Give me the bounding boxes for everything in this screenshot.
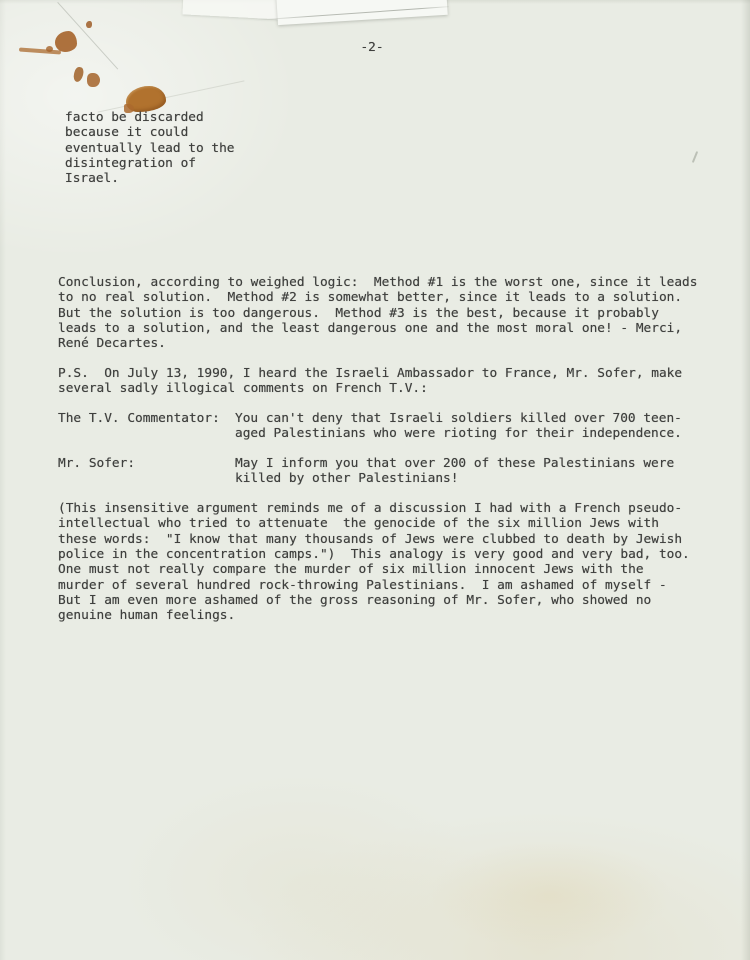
text-line: leads to a solution, and the least dange… <box>58 321 697 336</box>
text-line: intellectual who tried to attenuate the … <box>58 516 690 531</box>
text-line: You can't deny that Israeli soldiers kil… <box>235 411 682 426</box>
text-line: because it could <box>65 125 235 140</box>
text-line: murder of several hundred rock-throwing … <box>58 578 690 593</box>
speaker-label: The T.V. Commentator: <box>58 411 220 426</box>
text-line: facto be discarded <box>65 110 235 125</box>
page-number: -2- <box>0 40 744 55</box>
text-line: But the solution is too dangerous. Metho… <box>58 306 697 321</box>
text-line: these words: "I know that many thousands… <box>58 532 690 547</box>
tape-piece-left <box>182 0 285 20</box>
text-line: several sadly illogical comments on Fren… <box>58 381 682 396</box>
text-line: P.S. On July 13, 1990, I heard the Israe… <box>58 366 682 381</box>
text-line: killed by other Palestinians! <box>235 471 674 486</box>
text-line: aged Palestinians who were rioting for t… <box>235 426 682 441</box>
text-line: genuine human feelings. <box>58 608 690 623</box>
speaker-quote: May I inform you that over 200 of these … <box>235 456 674 487</box>
text-line: eventually lead to the <box>65 141 235 156</box>
text-line: to no real solution. Method #2 is somewh… <box>58 290 697 305</box>
text-line: (This insensitive argument reminds me of… <box>58 501 690 516</box>
parenthetical-paragraph: (This insensitive argument reminds me of… <box>58 501 690 624</box>
text-line: René Decartes. <box>58 336 697 351</box>
postscript-paragraph: P.S. On July 13, 1990, I heard the Israe… <box>58 366 682 397</box>
text-line: Israel. <box>65 171 235 186</box>
faint-bottom-stain <box>430 840 670 950</box>
text-line: police in the concentration camps.") Thi… <box>58 547 690 562</box>
pen-slash-mark <box>692 151 698 163</box>
text-line: One must not really compare the murder o… <box>58 562 690 577</box>
rust-stain-dot <box>86 21 92 28</box>
rust-stain-drip <box>87 73 100 87</box>
document-page: -2- facto be discardedbecause it couldev… <box>0 0 750 960</box>
text-line: Conclusion, according to weighed logic: … <box>58 275 697 290</box>
scanned-document: { "page": { "number": "-2-" }, "fragment… <box>0 0 750 960</box>
carryover-text-fragment: facto be discardedbecause it couldeventu… <box>65 110 235 187</box>
text-line: disintegration of <box>65 156 235 171</box>
speaker-quote: You can't deny that Israeli soldiers kil… <box>235 411 682 442</box>
text-line: May I inform you that over 200 of these … <box>235 456 674 471</box>
rust-stain-drip <box>72 66 84 83</box>
paper-crease <box>98 80 245 112</box>
conclusion-paragraph: Conclusion, according to weighed logic: … <box>58 275 697 352</box>
text-line: But I am even more ashamed of the gross … <box>58 593 690 608</box>
speaker-label: Mr. Sofer: <box>58 456 135 471</box>
